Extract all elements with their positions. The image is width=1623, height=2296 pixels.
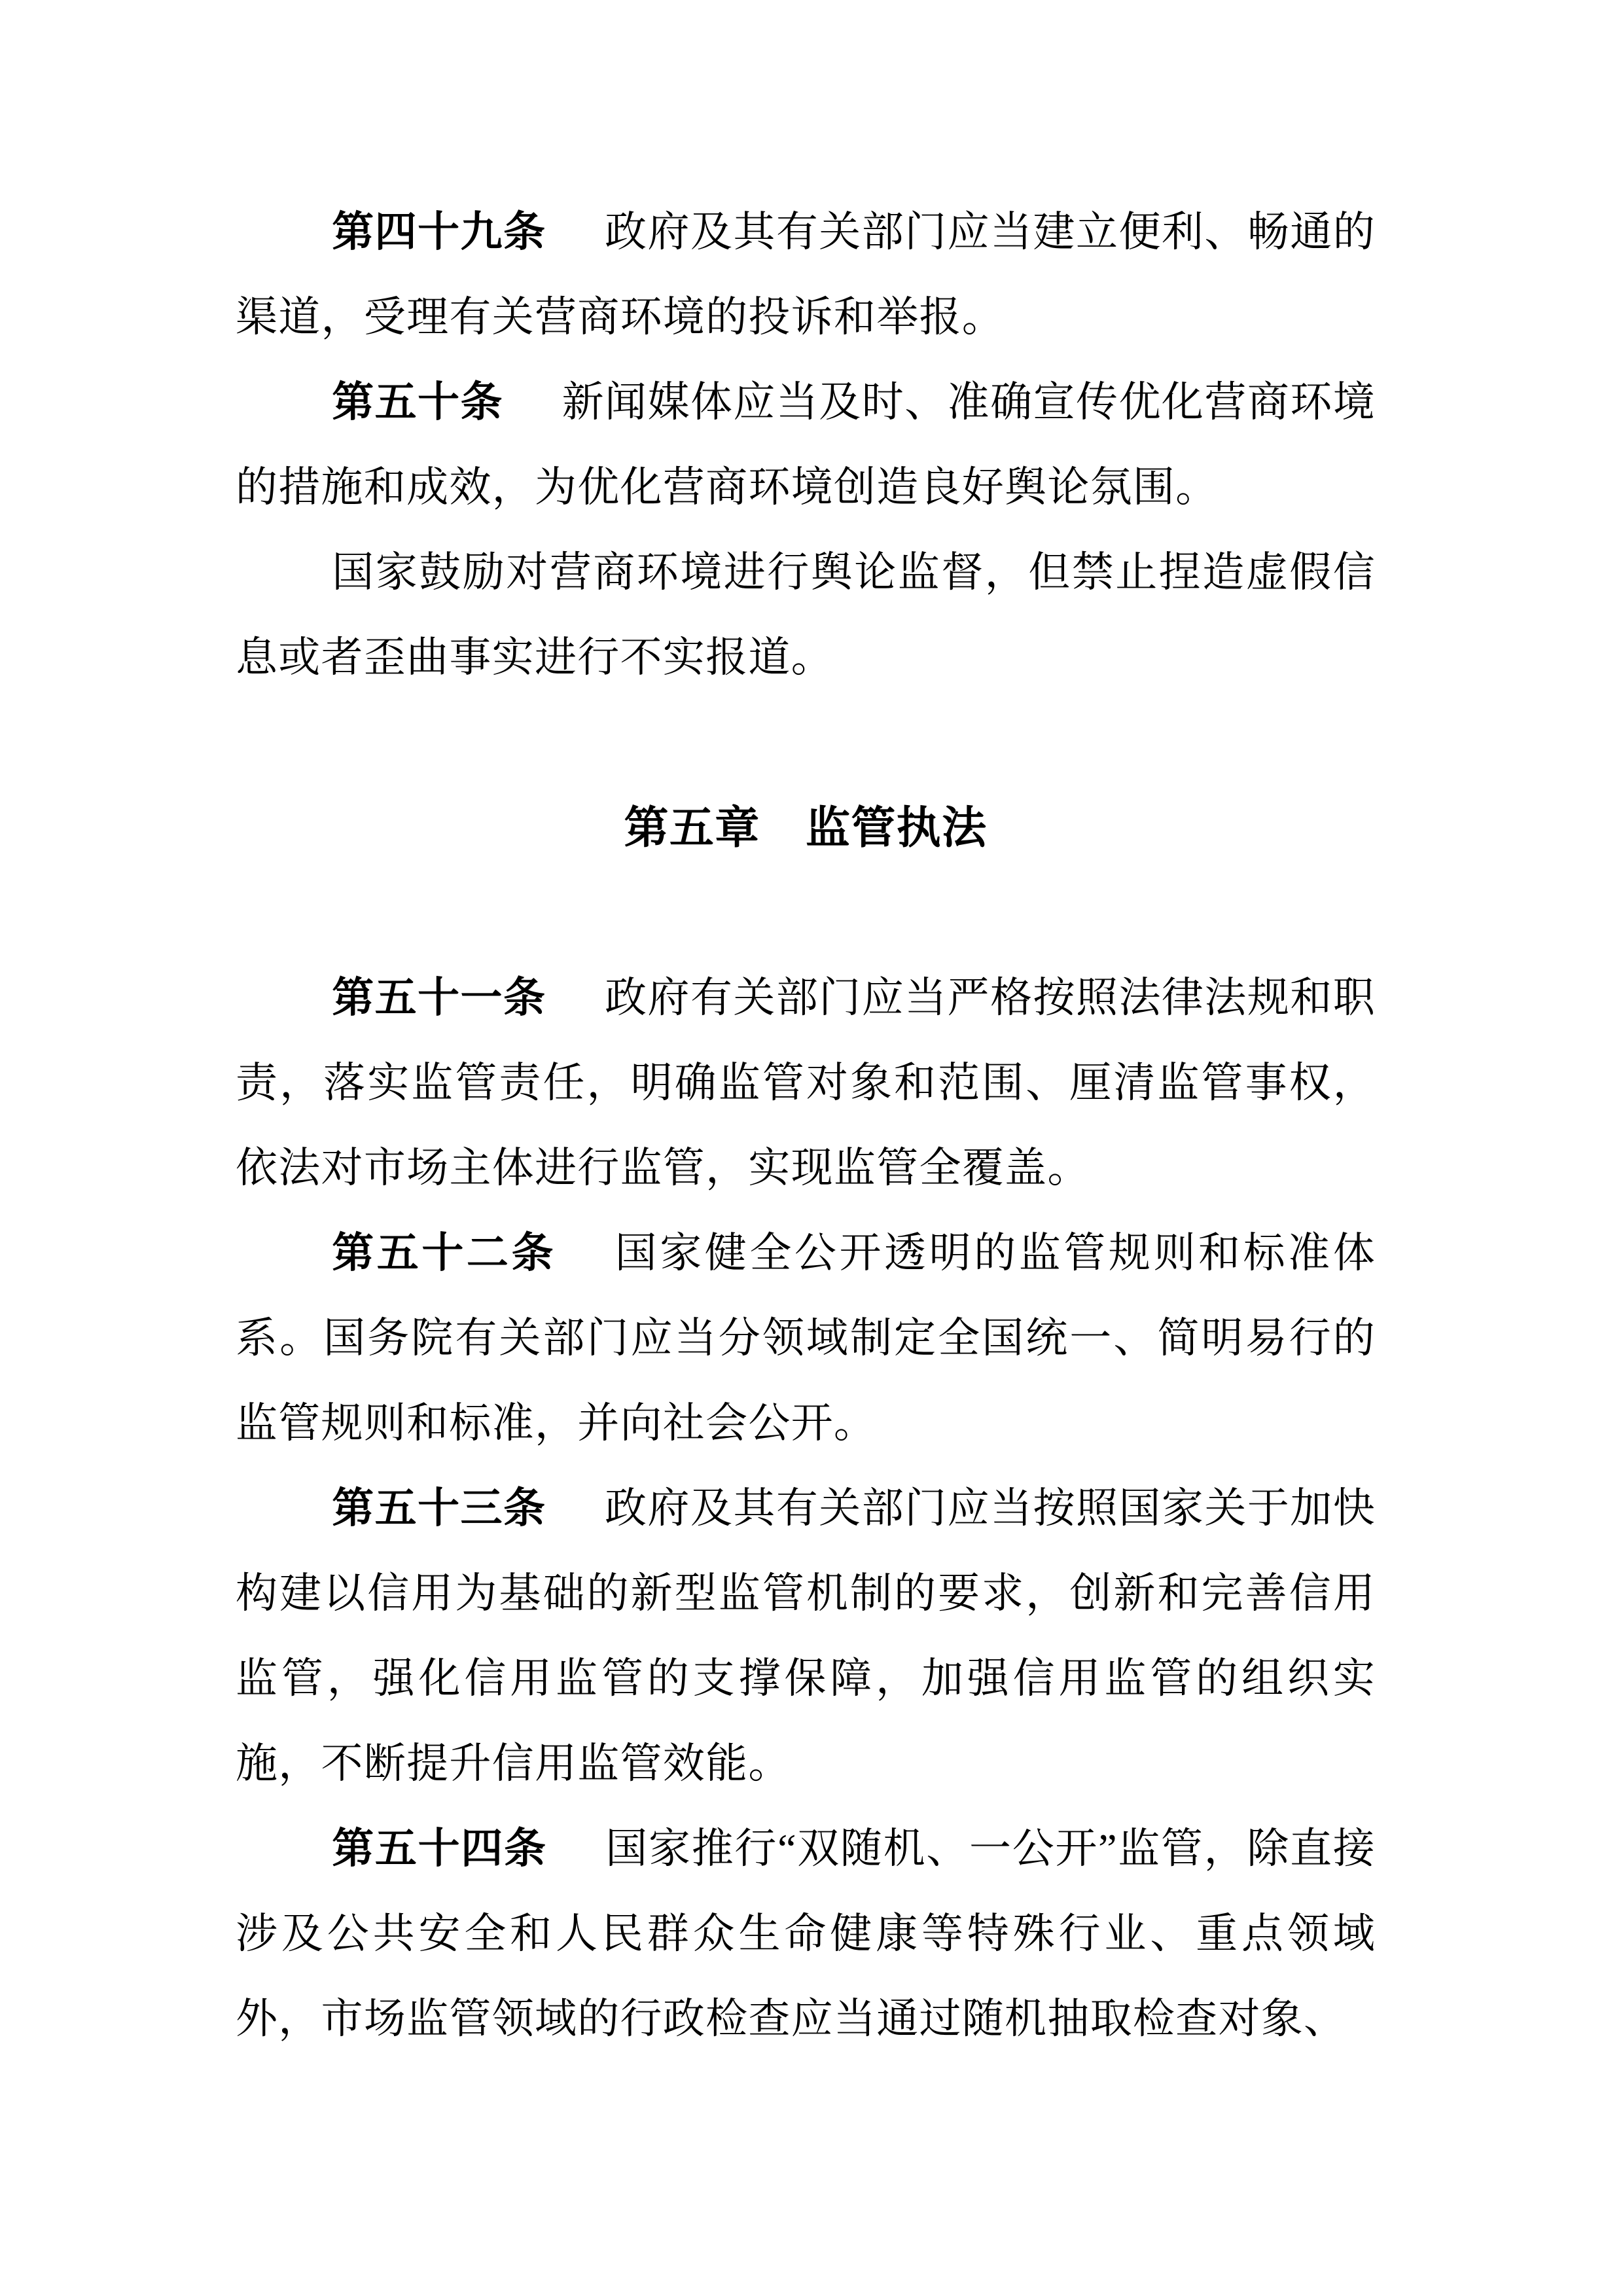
- article-53-paragraph: 第五十三条政府及其有关部门应当按照国家关于加快构建以信用为基础的新型监管机制的要…: [236, 1466, 1376, 1806]
- article-50-number: 第五十条: [332, 379, 503, 425]
- article-54-paragraph: 第五十四条国家推行“双随机、一公开”监管，除直接涉及公共安全和人民群众生命健康等…: [236, 1806, 1376, 2062]
- article-50-paragraph: 第五十条新闻媒体应当及时、准确宣传优化营商环境的措施和成效，为优化营商环境创造良…: [236, 360, 1376, 530]
- article-52-number: 第五十二条: [332, 1230, 556, 1276]
- document-body: { "page": { "background_color": "#ffffff…: [0, 0, 1623, 2296]
- article-49-paragraph: 第四十九条政府及其有关部门应当建立便利、畅通的渠道，受理有关营商环境的投诉和举报…: [236, 190, 1376, 360]
- article-51-number: 第五十一条: [332, 975, 546, 1021]
- article-52-paragraph: 第五十二条国家健全公开透明的监管规则和标准体系。国务院有关部门应当分领域制定全国…: [236, 1211, 1376, 1466]
- article-50-subparagraph-text: 国家鼓励对营商环境进行舆论监督，但禁止捏造虚假信息或者歪曲事实进行不实报道。: [236, 549, 1376, 681]
- article-50-subparagraph: 国家鼓励对营商环境进行舆论监督，但禁止捏造虚假信息或者歪曲事实进行不实报道。: [236, 530, 1376, 700]
- document-page: 第四十九条政府及其有关部门应当建立便利、畅通的渠道，受理有关营商环境的投诉和举报…: [0, 0, 1623, 2296]
- article-54-number: 第五十四条: [332, 1825, 547, 1872]
- article-53-number: 第五十三条: [332, 1485, 546, 1532]
- chapter-5-heading: 第五章 监管执法: [236, 785, 1376, 870]
- article-51-paragraph: 第五十一条政府有关部门应当严格按照法律法规和职责，落实监管责任，明确监管对象和范…: [236, 956, 1376, 1211]
- article-49-number: 第四十九条: [332, 209, 546, 255]
